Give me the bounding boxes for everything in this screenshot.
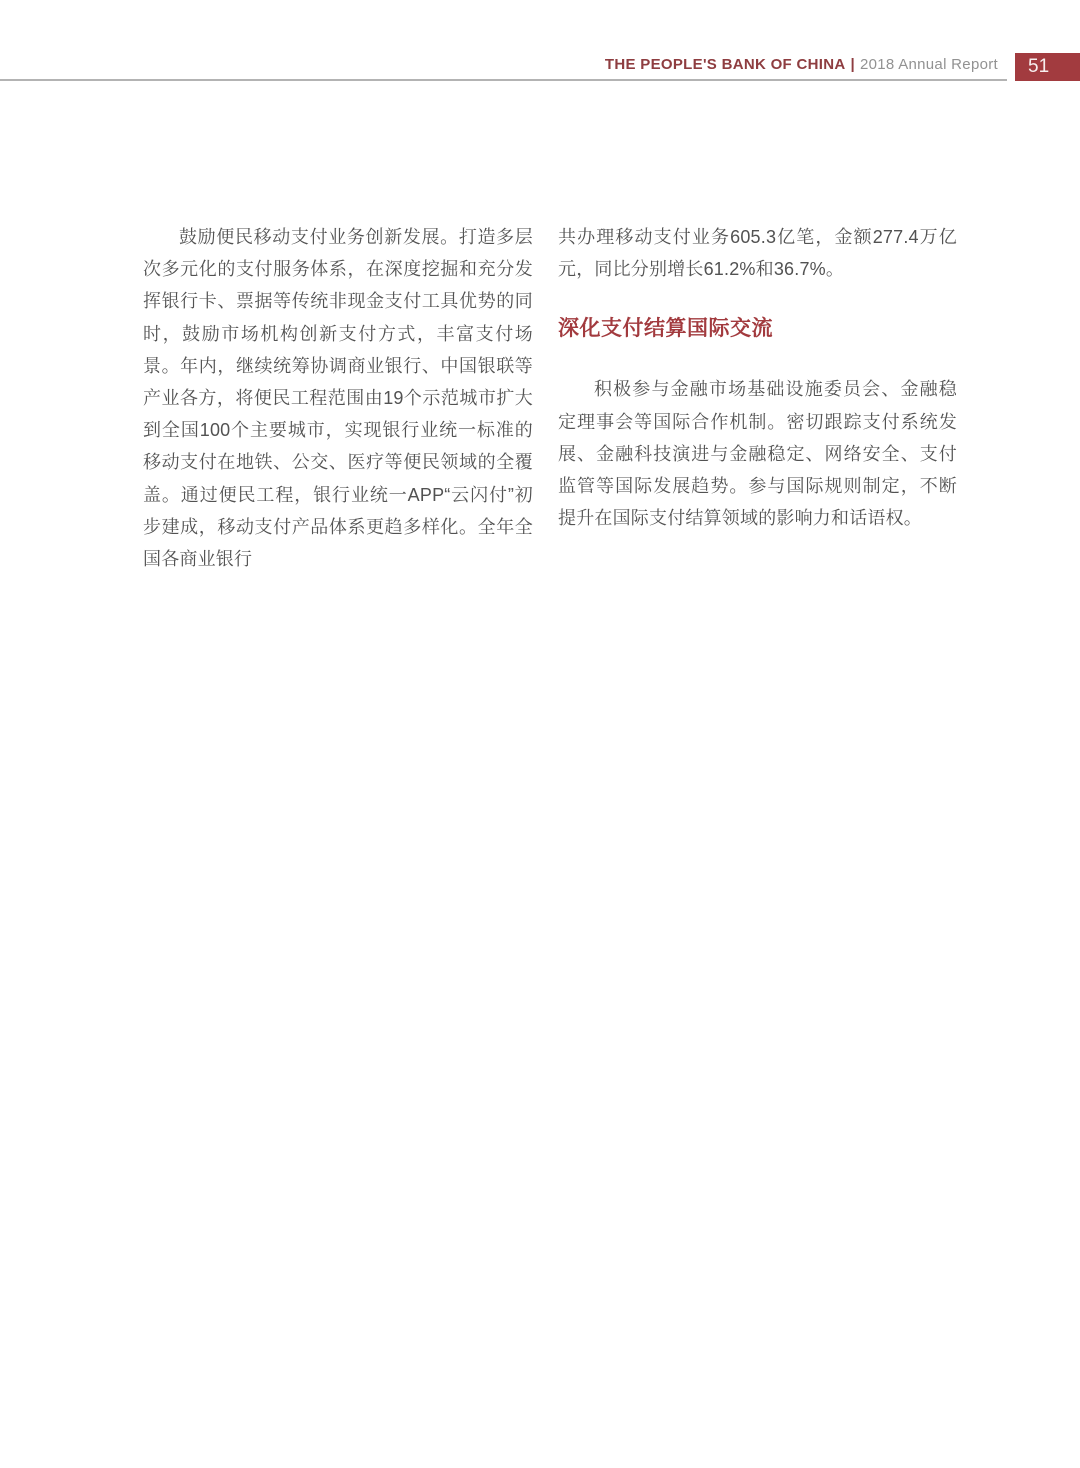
page-number: 51 bbox=[1015, 53, 1080, 81]
left-column-paragraph: 鼓励便民移动支付业务创新发展。打造多层次多元化的支付服务体系，在深度挖掘和充分发… bbox=[143, 221, 533, 575]
report-page: THE PEOPLE'S BANK OF CHINA|2018 Annual R… bbox=[0, 0, 1080, 1468]
page-number-badge: 51 bbox=[1015, 53, 1080, 81]
page-header: THE PEOPLE'S BANK OF CHINA|2018 Annual R… bbox=[605, 56, 998, 73]
right-column: 共办理移动支付业务605.3亿笔，金额277.4万亿元，同比分别增长61.2%和… bbox=[558, 221, 957, 534]
right-column-paragraph-continuation: 共办理移动支付业务605.3亿笔，金额277.4万亿元，同比分别增长61.2%和… bbox=[558, 221, 957, 285]
left-column: 鼓励便民移动支付业务创新发展。打造多层次多元化的支付服务体系，在深度挖掘和充分发… bbox=[143, 221, 533, 575]
header-bank-name: THE PEOPLE'S BANK OF CHINA bbox=[605, 56, 846, 73]
right-column-paragraph: 积极参与金融市场基础设施委员会、金融稳定理事会等国际合作机制。密切跟踪支付系统发… bbox=[558, 373, 957, 534]
header-report-title: 2018 Annual Report bbox=[860, 56, 998, 73]
section-heading: 深化支付结算国际交流 bbox=[558, 314, 957, 344]
header-separator: | bbox=[850, 56, 855, 73]
header-divider-line bbox=[0, 79, 1007, 81]
